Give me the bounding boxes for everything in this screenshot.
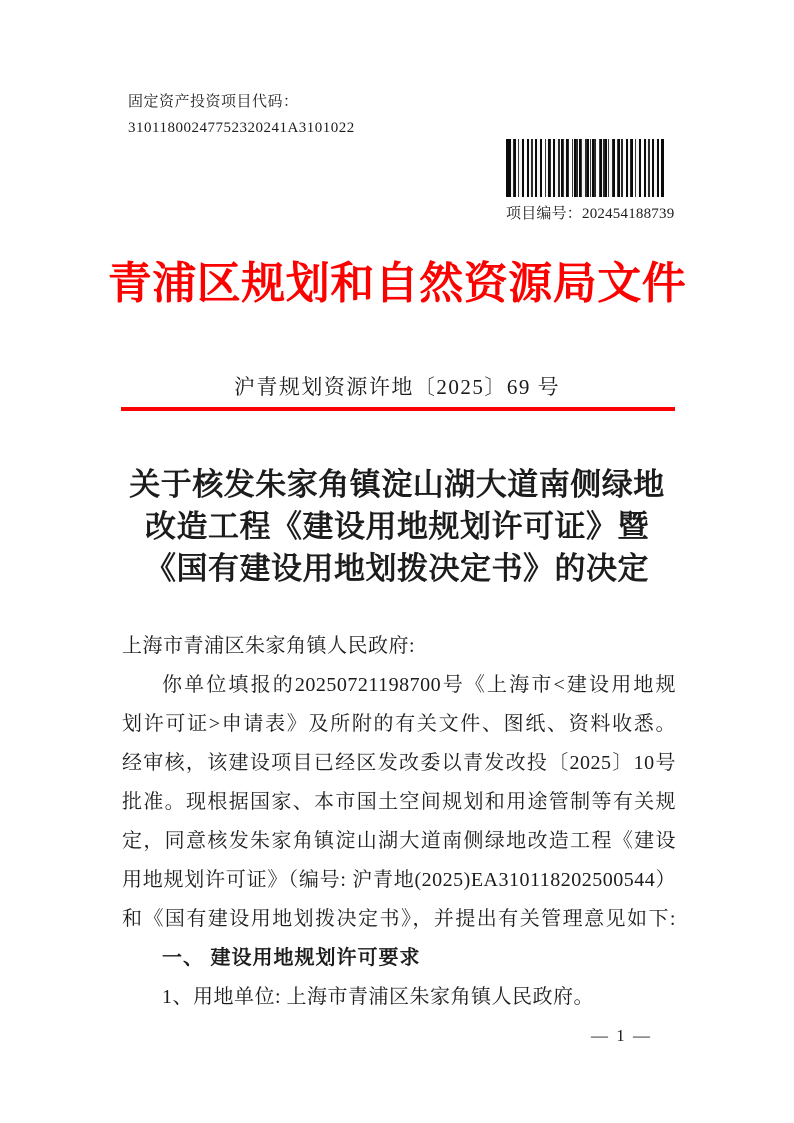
page-number: — 1 — [591, 1026, 652, 1046]
body-line: 用地规划许可证》（编号: 沪青地(2025)EA310118202500544） [122, 861, 676, 900]
body-line: 和《国有建设用地划拨决定书》，并提出有关管理意见如下: [122, 900, 676, 939]
body-line: 划许可证>申请表》及所附的有关文件、图纸、资料收悉。 [122, 705, 676, 744]
document-title-line-2: 改造工程《建设用地规划许可证》暨 [0, 506, 794, 548]
body-line: 定，同意核发朱家角镇淀山湖大道南侧绿地改造工程《建设 [122, 822, 676, 861]
document-page: 固定资产投资项目代码： 31011800247752320241A3101022… [0, 0, 794, 1123]
body-line: 经审核，该建设项目已经区发改委以青发改投〔2025〕10号 [122, 744, 676, 783]
list-item-1: 1、用地单位: 上海市青浦区朱家角镇人民政府。 [122, 978, 676, 1017]
document-body: 上海市青浦区朱家角镇人民政府: 你单位填报的20250721198700号《上海… [122, 627, 676, 1017]
project-code-label: 固定资产投资项目代码： [128, 89, 355, 115]
body-line: 批准。现根据国家、本市国土空间规划和用途管制等有关规 [122, 783, 676, 822]
body-line: 你单位填报的20250721198700号《上海市<建设用地规 [122, 666, 676, 705]
project-code-value: 31011800247752320241A3101022 [128, 115, 355, 141]
document-number: 沪青规划资源许地〔2025〕69 号 [0, 371, 794, 401]
document-title: 关于核发朱家角镇淀山湖大道南侧绿地 改造工程《建设用地规划许可证》暨 《国有建设… [0, 464, 794, 590]
section-heading: 一、 建设用地规划许可要求 [122, 939, 676, 978]
salutation-line: 上海市青浦区朱家角镇人民政府: [122, 627, 676, 666]
barcode-caption: 项目编号：202454188739 [506, 202, 664, 223]
barcode-icon [506, 139, 664, 197]
red-separator-line [121, 407, 675, 411]
barcode-block: 项目编号：202454188739 [506, 139, 664, 223]
project-code-block: 固定资产投资项目代码： 31011800247752320241A3101022 [128, 89, 355, 141]
document-title-line-1: 关于核发朱家角镇淀山湖大道南侧绿地 [0, 464, 794, 506]
agency-banner-title: 青浦区规划和自然资源局文件 [0, 247, 794, 311]
document-title-line-3: 《国有建设用地划拨决定书》的决定 [0, 548, 794, 590]
